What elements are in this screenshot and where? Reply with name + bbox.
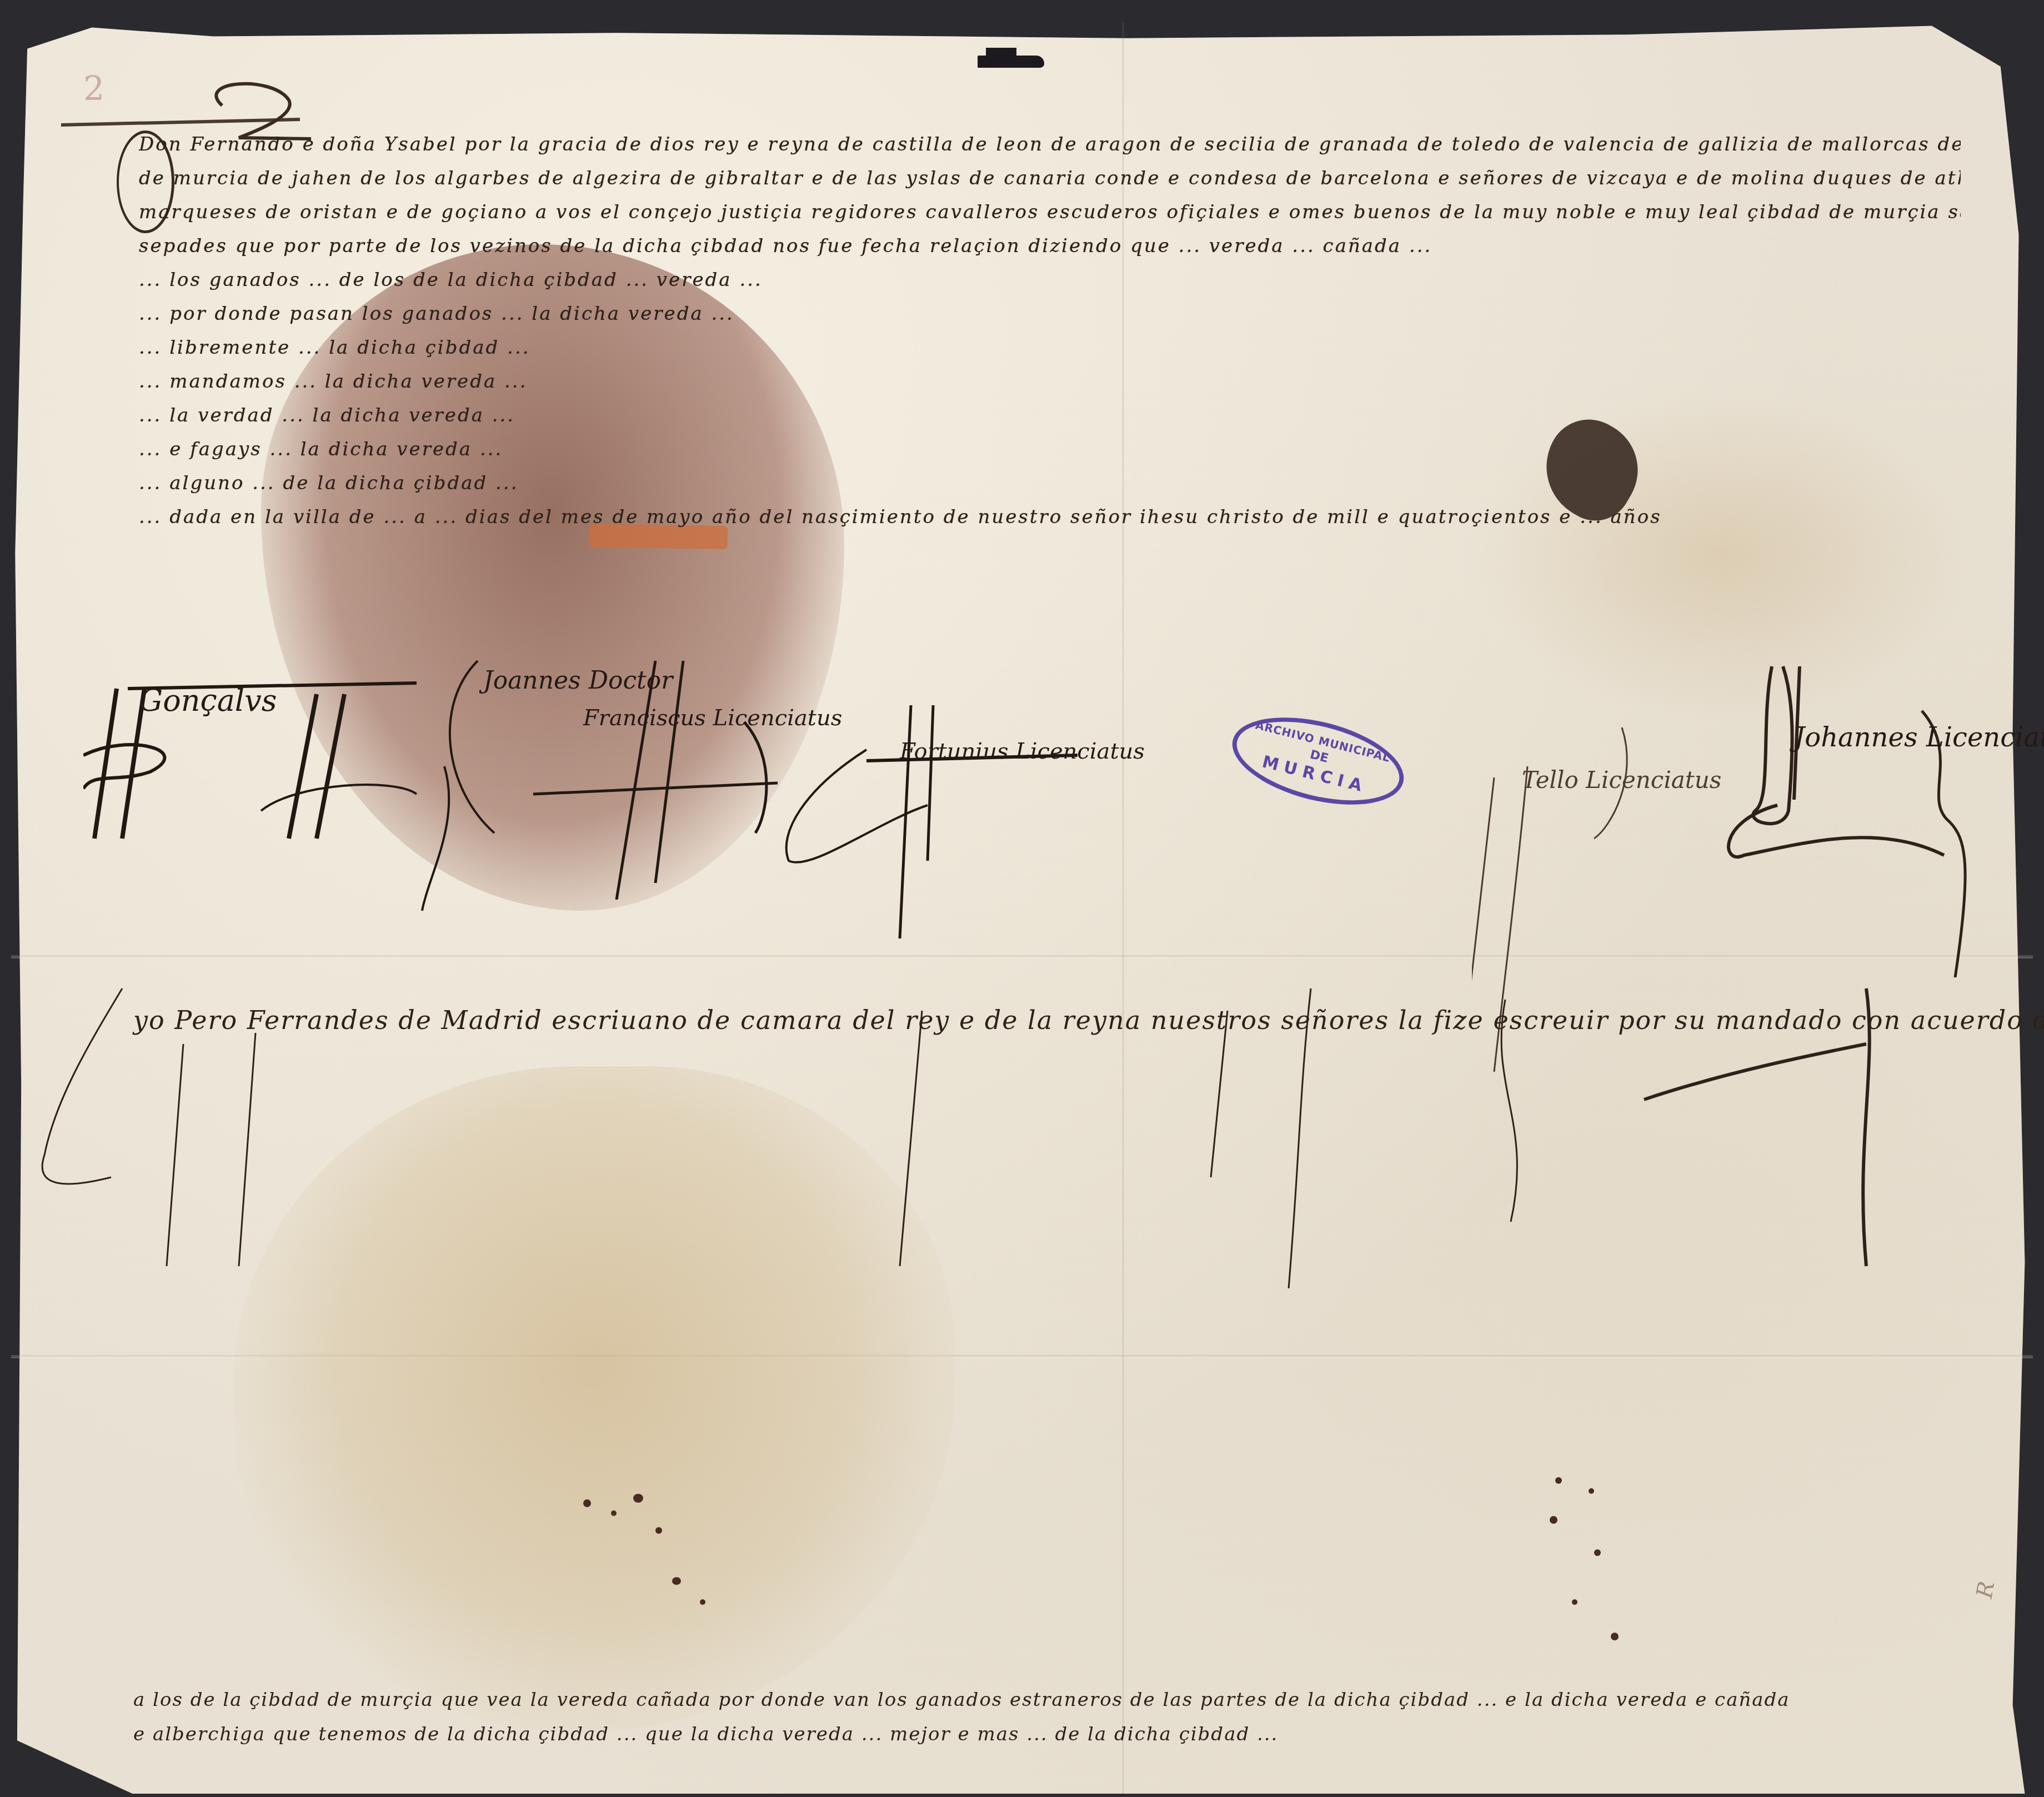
body-line: Don Fernando e doña Ysabel por la gracia… (139, 133, 1961, 165)
body-line: ... por donde pasan los ganados ... la d… (139, 303, 1961, 335)
signature-johannes: Johannes Licenciatus de Mureña (1794, 722, 2044, 753)
signature-joannes: Joannes Doctor (483, 666, 673, 695)
body-line: ... dada en la villa de ... a ... dias d… (139, 506, 1961, 538)
signature-gonzalvs: Gonçalvs (139, 683, 277, 718)
body-line: ... la verdad ... la dicha vereda ... (139, 404, 1961, 436)
body-line: ... alguno ... de la dicha çibdad ... (139, 472, 1961, 504)
address-endorsement: a los de la çibdad de murçia que vea la … (133, 1683, 1966, 1751)
signature-flourish-right (1711, 655, 2022, 977)
body-line: ... libremente ... la dicha çibdad ... (139, 337, 1961, 369)
body-line: marqueses de oristan e de goçiano a vos … (139, 201, 1961, 233)
address-line: a los de la çibdad de murçia que vea la … (133, 1683, 1966, 1717)
address-line: e alberchiga que tenemos de la dicha çib… (133, 1717, 1966, 1751)
body-line: de murcia de jahen de los algarbes de al… (139, 167, 1961, 199)
body-line: sepades que por parte de los vezinos de … (139, 235, 1961, 267)
body-line: ... los ganados ... de los de la dicha ç… (139, 269, 1961, 301)
signature-fortunius: Fortunius Licenciatus (900, 739, 1145, 764)
document-body: Don Fernando e doña Ysabel por la gracia… (139, 133, 1961, 540)
top-center-mark (978, 56, 1044, 68)
body-line: ... mandamos ... la dicha vereda ... (139, 370, 1961, 403)
signature-tello: Tello Licenciatus (1522, 766, 1721, 794)
body-line: ... e fagays ... la dicha vereda ... (139, 438, 1961, 470)
signature-flourish-center (766, 694, 1078, 938)
countersignature: yo Pero Ferrandes de Madrid escriuano de… (133, 1005, 2044, 1035)
